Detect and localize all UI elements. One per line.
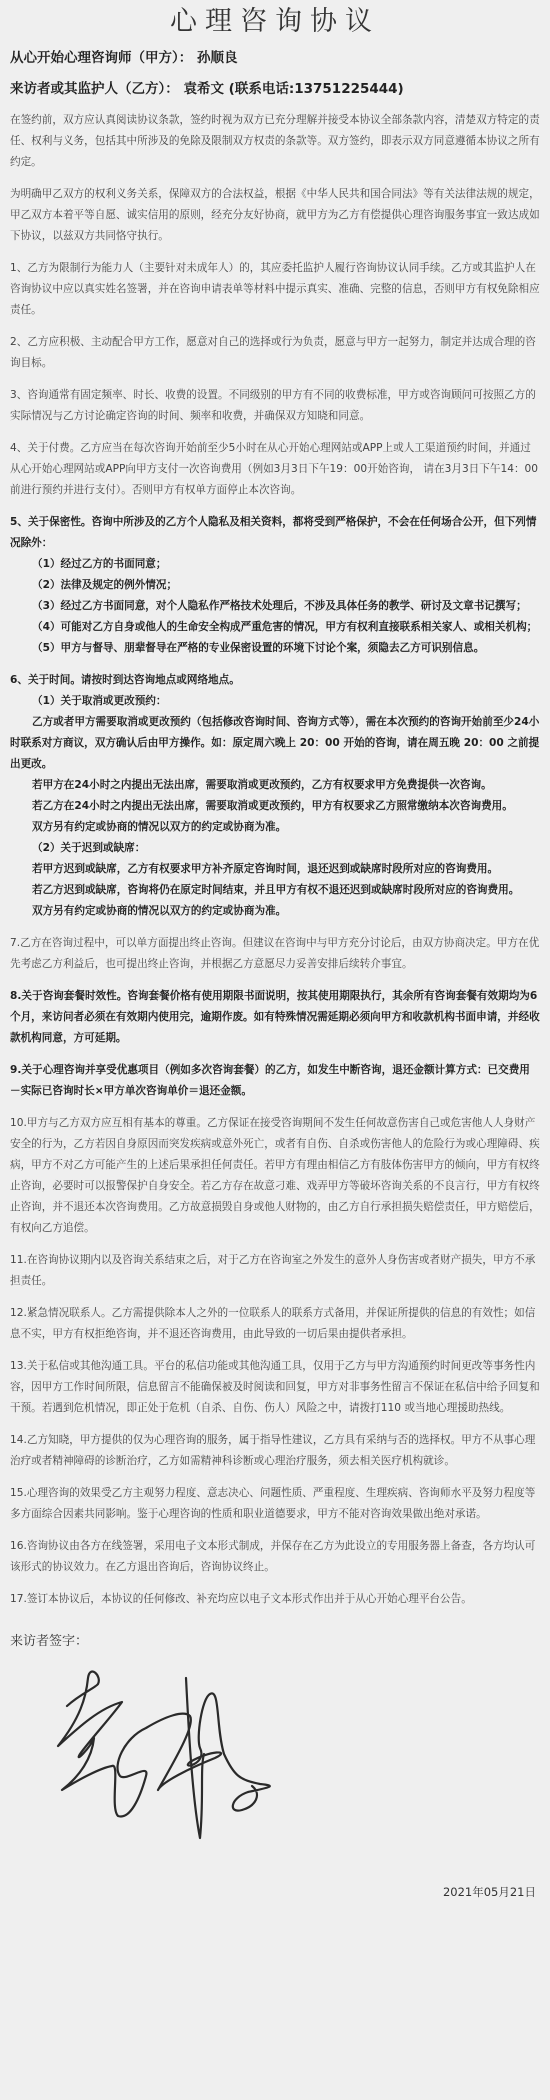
clause-11: 11.在咨询协议期内以及咨询关系结束之后，对于乙方在咨询室之外发生的意外人身伤害… bbox=[10, 1250, 540, 1292]
signature-area bbox=[10, 1652, 540, 1882]
clause-6: 6、关于时间。请按时到达咨询地点或网络地点。 （1）关于取消或更改预约： 乙方或… bbox=[10, 670, 540, 922]
party-b-name: 袁希文 bbox=[183, 81, 224, 97]
clause-6-sub2-title: （2）关于迟到或缺席： bbox=[10, 838, 540, 859]
preamble-paragraph: 在签约前，双方应认真阅读协议条款，签约时视为双方已充分理解并接受本协议全部条款内… bbox=[10, 110, 540, 173]
clause-5-item: （4）可能对乙方自身或他人的生命安全构成严重危害的情况，甲方有权利直接联系相关家… bbox=[10, 617, 540, 638]
clause-6-sub1-line: 若甲方在24小时之内提出无法出席，需要取消或更改预约，乙方有权要求甲方免费提供一… bbox=[10, 775, 540, 796]
clause-6-sub1-line: 双方另有约定或协商的情况以双方的约定或协商为准。 bbox=[10, 817, 540, 838]
clause-6-sub2-line: 若甲方迟到或缺席，乙方有权要求甲方补齐原定咨询时间，退还迟到或缺席时段所对应的咨… bbox=[10, 859, 540, 880]
clause-3: 3、咨询通常有固定频率、时长、收费的设置。不同级别的甲方有不同的收费标准，甲方或… bbox=[10, 385, 540, 427]
clause-6-intro: 6、关于时间。请按时到达咨询地点或网络地点。 bbox=[10, 670, 540, 691]
signature-label: 来访者签字： bbox=[10, 1632, 540, 1652]
clause-4: 4、关于付费。乙方应当在每次咨询开始前至少5小时在从心开始心理网站或APP上或人… bbox=[10, 438, 540, 501]
clause-6-sub2-line: 若乙方迟到或缺席，咨询将仍在原定时间结束，并且甲方有权不退还迟到或缺席时段所对应… bbox=[10, 880, 540, 901]
clause-13: 13.关于私信或其他沟通工具。平台的私信功能或其他沟通工具，仅用于乙方与甲方沟通… bbox=[10, 1356, 540, 1419]
page-title: 心理咨询协议 bbox=[10, 0, 540, 48]
clause-6-sub1-line: 乙方或者甲方需要取消或更改预约（包括修改咨询时间、咨询方式等），需在本次预约的咨… bbox=[10, 712, 540, 775]
clause-7: 7.乙方在咨询过程中，可以单方面提出终止咨询。但建议在咨询中与甲方充分讨论后，由… bbox=[10, 933, 540, 975]
clause-6-sub2-line: 双方另有约定或协商的情况以双方的约定或协商为准。 bbox=[10, 901, 540, 922]
signature-date: 2021年05月21日 bbox=[10, 1882, 540, 1903]
clause-5-item: （2）法律及规定的例外情况； bbox=[10, 575, 540, 596]
clause-8: 8.关于咨询套餐时效性。咨询套餐价格有使用期限书面说明，按其使用期限执行，其余所… bbox=[10, 986, 540, 1049]
clause-5-item: （3）经过乙方书面同意，对个人隐私作严格技术处理后，不涉及具体任务的教学、研讨及… bbox=[10, 596, 540, 617]
clause-14: 14.乙方知晓，甲方提供的仅为心理咨询的服务，属于指导性建议，乙方具有采纳与否的… bbox=[10, 1430, 540, 1472]
clause-6-sub1-title: （1）关于取消或更改预约： bbox=[10, 691, 540, 712]
clause-16: 16.咨询协议由各方在线签署，采用电子文本形式制成，并保存在乙方为此设立的专用服… bbox=[10, 1536, 540, 1578]
clause-12: 12.紧急情况联系人。乙方需提供除本人之外的一位联系人的联系方式备用，并保证所提… bbox=[10, 1303, 540, 1345]
clause-10: 10.甲方与乙方双方应互相有基本的尊重。乙方保证在接受咨询期间不发生任何故意伤害… bbox=[10, 1113, 540, 1239]
preamble-paragraph: 为明确甲乙双方的权利义务关系，保障双方的合法权益，根据《中华人民共和国合同法》等… bbox=[10, 184, 540, 247]
clause-2: 2、乙方应积极、主动配合甲方工作，愿意对自己的选择或行为负责，愿意与甲方一起努力… bbox=[10, 332, 540, 374]
clause-6-sub1-line: 若乙方在24小时之内提出无法出席，需要取消或更改预约，甲方有权要求乙方照常缴纳本… bbox=[10, 796, 540, 817]
handwritten-signature-icon bbox=[50, 1658, 290, 1858]
party-b: 来访者或其监护人（乙方）： 袁希文 (联系电话:13751225444) bbox=[10, 79, 540, 99]
party-a-label: 从心开始心理咨询师（甲方）： bbox=[10, 50, 192, 66]
clause-17: 17.签订本协议后，本协议的任何修改、补充均应以电子文本形式作出并于从心开始心理… bbox=[10, 1589, 540, 1610]
party-a-name: 孙顺良 bbox=[197, 50, 238, 66]
agreement-page: 心理咨询协议 从心开始心理咨询师（甲方）： 孙顺良 来访者或其监护人（乙方）： … bbox=[0, 0, 550, 1903]
clause-15: 15.心理咨询的效果受乙方主观努力程度、意志决心、问题性质、严重程度、生理疾病、… bbox=[10, 1483, 540, 1525]
clause-9: 9.关于心理咨询并享受优惠项目（例如多次咨询套餐）的乙方，如发生中断咨询，退还金… bbox=[10, 1060, 540, 1102]
clause-1: 1、乙方为限制行为能力人（主要针对未成年人）的，其应委托监护人履行咨询协议认同手… bbox=[10, 258, 540, 321]
clause-5-intro: 5、关于保密性。咨询中所涉及的乙方个人隐私及相关资料，都将受到严格保护，不会在任… bbox=[10, 512, 540, 554]
clause-5-item: （5）甲方与督导、朋辈督导在严格的专业保密设置的环境下讨论个案，须隐去乙方可识别… bbox=[10, 638, 540, 659]
party-a: 从心开始心理咨询师（甲方）： 孙顺良 bbox=[10, 48, 540, 68]
party-b-label: 来访者或其监护人（乙方）： bbox=[10, 81, 179, 97]
party-b-phone: (联系电话:13751225444) bbox=[229, 81, 404, 97]
clause-5-item: （1）经过乙方的书面同意； bbox=[10, 554, 540, 575]
clause-5: 5、关于保密性。咨询中所涉及的乙方个人隐私及相关资料，都将受到严格保护，不会在任… bbox=[10, 512, 540, 659]
